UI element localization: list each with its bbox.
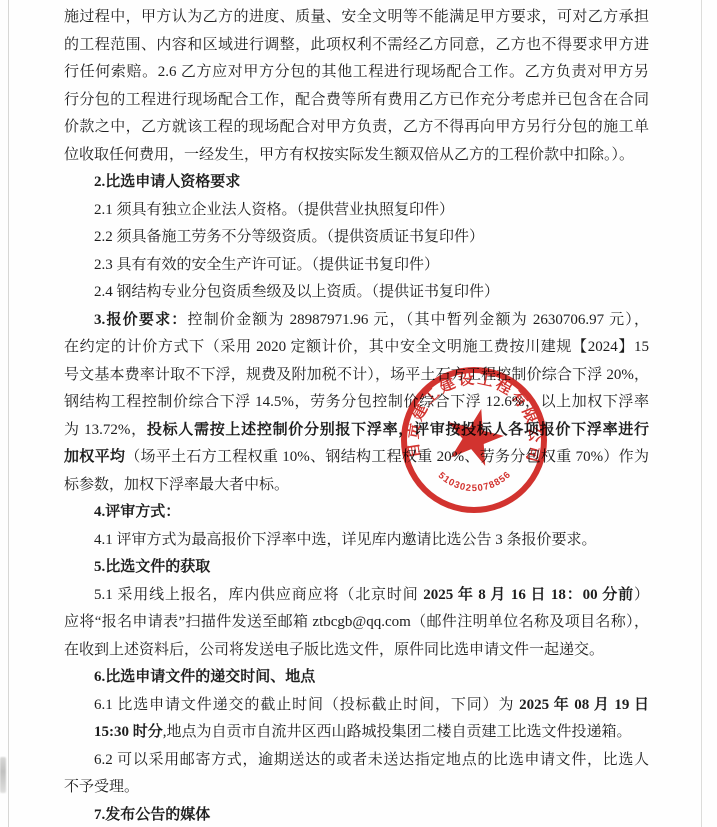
text-run: （场平土石方工程权重 10%、钢结构工程权重 20%、劳务分包权重 70%）作为… (64, 449, 649, 472)
text-run: 标参数，加权下浮率最大者中标。 (64, 477, 289, 493)
document-line: 为 13.72%，投标人需按上述控制价分别报下浮率，评审按投标人各项报价下浮率进… (64, 417, 649, 445)
document-line: 4.1 评审方式为最高报价下浮率中选，详见库内邀请比选公告 3 条报价要求。 (64, 527, 649, 555)
text-run: 控制价金额为 28987971.96 元，（其中暂列金额为 2630706.97… (187, 312, 649, 328)
text-run-bold: 4.评审方式： (94, 504, 180, 520)
document-line: 15:30 时分,地点为自贡市自流井区西山路城投集团二楼自贡建工比选文件投递箱。 (64, 719, 649, 747)
text-run: 为 13.72%， (64, 422, 147, 438)
document-line: 标参数，加权下浮率最大者中标。 (64, 472, 649, 500)
scan-edge-left (8, 0, 9, 827)
text-run: 的工程范围、内容和区域进行调整，此项权利不需经乙方同意，乙方也不得要求甲方进 (64, 37, 649, 53)
text-run: ） (634, 587, 649, 603)
text-run: 施过程中，甲方认为乙方的进度、质量、安全文明等不能满足甲方要求，可对乙方承担 (64, 9, 649, 25)
text-run: 6.2 可以采用邮寄方式，逾期送达的或者未送达指定地点的比选申请文件，比选人 (94, 752, 649, 768)
text-run: 不予受理。 (64, 779, 139, 795)
text-run-bold: 2.比选申请人资格要求 (94, 174, 240, 190)
document-line: 号文基本费率计取不下浮，规费及附加税不计），场平土石方工程控制价综合下浮 20%… (64, 362, 649, 390)
text-run: ,地点为自贡市自流井区西山路城投集团二楼自贡建工比选文件投递箱。 (163, 724, 632, 740)
document-line: 2.4 钢结构专业分包资质叁级及以上资质。（提供证书复印件） (64, 279, 649, 307)
document-line: 施过程中，甲方认为乙方的进度、质量、安全文明等不能满足甲方要求，可对乙方承担 (64, 4, 649, 32)
document-line: 位收取任何费用，一经发生，甲方有权按实际发生额双倍从乙方的工程价款中扣除。）。 (64, 142, 649, 170)
text-run: 行分包的工程进行现场配合工作，配合费等所有费用乙方已作充分考虑并已包含在合同 (64, 92, 649, 108)
text-run-bold: 15:30 时分 (94, 724, 163, 740)
text-run: 号文基本费率计取不下浮，规费及附加税不计），场平土石方工程控制价综合下浮 20%… (64, 367, 649, 383)
text-run: 6.1 比选申请文件递交的截止时间（投标截止时间，下同）为 (94, 697, 519, 713)
text-run: 行任何索赔。2.6 乙方应对甲方分包的其他工程进行现场配合工作。乙方负责对甲方另 (64, 64, 649, 80)
document-line: 6.2 可以采用邮寄方式，逾期送达的或者未送达指定地点的比选申请文件，比选人 (64, 747, 649, 775)
scan-artifact (0, 757, 6, 793)
document-line: 6.1 比选申请文件递交的截止时间（投标截止时间，下同）为 2025 年 08 … (64, 692, 649, 720)
document-line: 钢结构工程控制价综合下浮 14.5%，劳务分包控制价综合下浮 12.6%，以上加… (64, 389, 649, 417)
text-run: 位收取任何费用，一经发生，甲方有权按实际发生额双倍从乙方的工程价款中扣除。）。 (64, 147, 634, 163)
text-run-bold: 投标人需按上述控制价分别报下浮率，评审按投标人各项报价下浮率进行 (147, 422, 649, 438)
text-run-bold: 加权平均 (64, 449, 125, 465)
text-run-bold: 5.比选文件的获取 (94, 559, 210, 575)
document-line: 2.2 须具备施工劳务不分等级资质。（提供资质证书复印件） (64, 224, 649, 252)
document-line: 不予受理。 (64, 774, 649, 802)
document-line: 在约定的计价方式下（采用 2020 定额计价，其中安全文明施工费按川建规【202… (64, 334, 649, 362)
document-line: 价款之中，乙方就该工程的现场配合对甲方负责，乙方不得再向甲方另行分包的施工单 (64, 114, 649, 142)
text-run: 价款之中，乙方就该工程的现场配合对甲方负责，乙方不得再向甲方另行分包的施工单 (64, 119, 649, 135)
text-run-bold: 2025 年 08 月 19 日 (519, 697, 649, 713)
text-run: 在约定的计价方式下（采用 2020 定额计价，其中安全文明施工费按川建规【202… (64, 339, 649, 355)
text-run-bold: 2025 年 8 月 16 日 18：00 分前 (423, 587, 634, 603)
text-run-bold: 3.报价要求： (94, 312, 187, 328)
document-line: 行分包的工程进行现场配合工作，配合费等所有费用乙方已作充分考虑并已包含在合同 (64, 87, 649, 115)
document-line: 2.3 具有有效的安全生产许可证。（提供证书复印件） (64, 252, 649, 280)
document-line: 7.发布公告的媒体 (64, 802, 649, 827)
scan-edge-right (701, 0, 702, 827)
text-run: 2.2 须具备施工劳务不分等级资质。（提供资质证书复印件） (94, 229, 484, 245)
text-run: 4.1 评审方式为最高报价下浮率中选，详见库内邀请比选公告 3 条报价要求。 (94, 532, 597, 548)
document-line: 行任何索赔。2.6 乙方应对甲方分包的其他工程进行现场配合工作。乙方负责对甲方另 (64, 59, 649, 87)
document-line: 5.1 采用线上报名，库内供应商应将（北京时间 2025 年 8 月 16 日 … (64, 582, 649, 610)
document-page: 施过程中，甲方认为乙方的进度、质量、安全文明等不能满足甲方要求，可对乙方承担的工… (0, 0, 717, 827)
document-content: 施过程中，甲方认为乙方的进度、质量、安全文明等不能满足甲方要求，可对乙方承担的工… (64, 4, 649, 827)
document-line: 4.评审方式： (64, 499, 649, 527)
document-line: 6.比选申请文件的递交时间、地点 (64, 664, 649, 692)
text-run: 5.1 采用线上报名，库内供应商应将（北京时间 (94, 587, 423, 603)
text-run: 2.1 须具有独立企业法人资格。（提供营业执照复印件） (94, 202, 454, 218)
document-line: 2.比选申请人资格要求 (64, 169, 649, 197)
text-run-bold: 7.发布公告的媒体 (94, 807, 210, 823)
document-line: 5.比选文件的获取 (64, 554, 649, 582)
text-run: 钢结构工程控制价综合下浮 14.5%，劳务分包控制价综合下浮 12.6%，以上加… (64, 394, 649, 410)
text-run: 2.3 具有有效的安全生产许可证。（提供证书复印件） (94, 257, 439, 273)
document-line: 应将“报名申请表”扫描件发送至邮箱 ztbcgb@qq.com（邮件注明单位名称… (64, 609, 649, 637)
text-run: 在收到上述资料后，公司将发送电子版比选文件，原件同比选申请文件一起递交。 (64, 642, 604, 658)
document-line: 的工程范围、内容和区域进行调整，此项权利不需经乙方同意，乙方也不得要求甲方进 (64, 32, 649, 60)
text-run-bold: 6.比选申请文件的递交时间、地点 (94, 669, 315, 685)
document-line: 2.1 须具有独立企业法人资格。（提供营业执照复印件） (64, 197, 649, 225)
text-run: 2.4 钢结构专业分包资质叁级及以上资质。（提供证书复印件） (94, 284, 499, 300)
text-run: 应将“报名申请表”扫描件发送至邮箱 ztbcgb@qq.com（邮件注明单位名称… (64, 614, 649, 630)
document-line: 3.报价要求：控制价金额为 28987971.96 元，（其中暂列金额为 263… (64, 307, 649, 335)
document-line: 加权平均（场平土石方工程权重 10%、钢结构工程权重 20%、劳务分包权重 70… (64, 444, 649, 472)
document-line: 在收到上述资料后，公司将发送电子版比选文件，原件同比选申请文件一起递交。 (64, 637, 649, 665)
